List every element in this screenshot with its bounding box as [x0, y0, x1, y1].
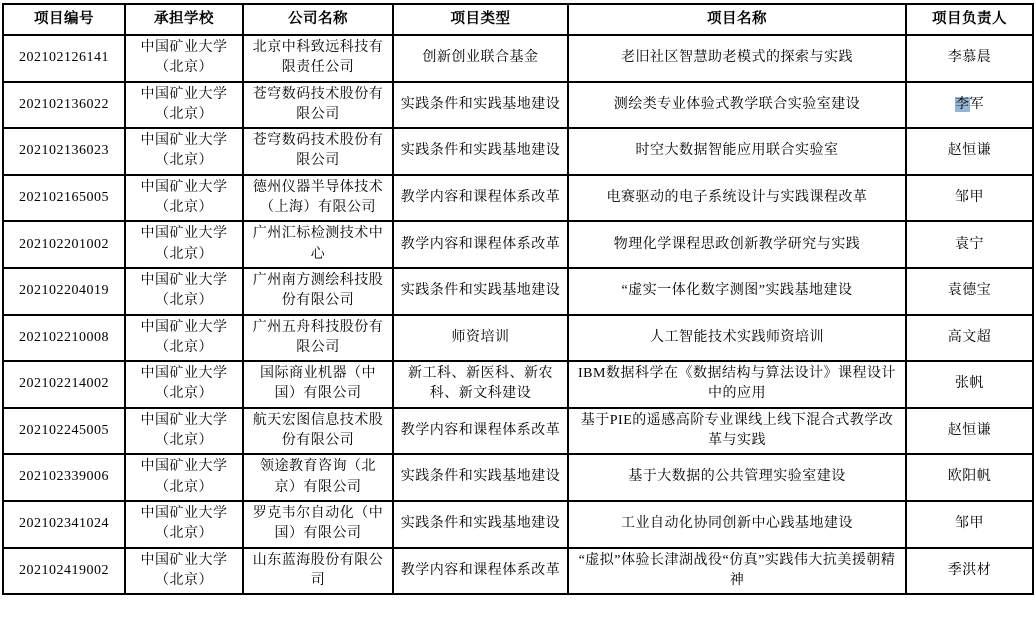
cell-company: 苍穹数码技术股份有限公司: [243, 128, 393, 175]
cell-company: 广州五舟科技股份有限公司: [243, 315, 393, 362]
cell-project-type: 创新创业联合基金: [393, 35, 568, 82]
cell-project-name: 测绘类专业体验式教学联合实验室建设: [568, 82, 906, 129]
cell-project-id: 202102201002: [3, 221, 125, 268]
cell-school: 中国矿业大学（北京）: [125, 315, 243, 362]
cell-project-name: 基于大数据的公共管理实验室建设: [568, 454, 906, 501]
cell-project-leader: 赵恒谦: [906, 408, 1033, 455]
cell-school: 中国矿业大学（北京）: [125, 175, 243, 222]
table-row: 202102126141 中国矿业大学（北京） 北京中科致远科技有限责任公司 创…: [3, 35, 1033, 82]
col-header-school: 承担学校: [125, 4, 243, 35]
cell-project-name: “虚拟”体验长津湖战役“仿真”实践伟大抗美援朝精神: [568, 548, 906, 595]
cell-project-name: “虚实一体化数字测图”实践基地建设: [568, 268, 906, 315]
col-header-project-type: 项目类型: [393, 4, 568, 35]
table-row: 202102136022 中国矿业大学（北京） 苍穹数码技术股份有限公司 实践条…: [3, 82, 1033, 129]
cell-school: 中国矿业大学（北京）: [125, 35, 243, 82]
cell-school: 中国矿业大学（北京）: [125, 268, 243, 315]
cell-project-type: 教学内容和课程体系改革: [393, 408, 568, 455]
cell-project-leader: 邹甲: [906, 501, 1033, 548]
cell-project-leader: 张帆: [906, 361, 1033, 408]
cell-project-type: 教学内容和课程体系改革: [393, 548, 568, 595]
cell-project-name: 物理化学课程思政创新教学研究与实践: [568, 221, 906, 268]
cell-company: 领途教育咨询（北京）有限公司: [243, 454, 393, 501]
cell-company: 苍穹数码技术股份有限公司: [243, 82, 393, 129]
cell-project-leader: 邹甲: [906, 175, 1033, 222]
cell-company: 德州仪器半导体技术（上海）有限公司: [243, 175, 393, 222]
table-row: 202102201002 中国矿业大学（北京） 广州汇标检测技术中心 教学内容和…: [3, 221, 1033, 268]
cell-project-name: 工业自动化协同创新中心践基地建设: [568, 501, 906, 548]
cell-project-name: 老旧社区智慧助老模式的探索与实践: [568, 35, 906, 82]
cell-project-id: 202102204019: [3, 268, 125, 315]
cell-project-id: 202102165005: [3, 175, 125, 222]
cell-project-leader: 李慕晨: [906, 35, 1033, 82]
cell-project-type: 教学内容和课程体系改革: [393, 221, 568, 268]
col-header-company: 公司名称: [243, 4, 393, 35]
cell-project-name: 电赛驱动的电子系统设计与实践课程改革: [568, 175, 906, 222]
cell-company: 罗克韦尔自动化（中国）有限公司: [243, 501, 393, 548]
selection-highlight: 李: [955, 97, 970, 112]
table-row: 202102210008 中国矿业大学（北京） 广州五舟科技股份有限公司 师资培…: [3, 315, 1033, 362]
cell-school: 中国矿业大学（北京）: [125, 361, 243, 408]
cell-project-name: IBM数据科学在《数据结构与算法设计》课程设计中的应用: [568, 361, 906, 408]
col-header-project-leader: 项目负责人: [906, 4, 1033, 35]
cell-company: 山东蓝海股份有限公司: [243, 548, 393, 595]
cell-company: 广州南方测绘科技股份有限公司: [243, 268, 393, 315]
cell-project-id: 202102136023: [3, 128, 125, 175]
table-row: 202102204019 中国矿业大学（北京） 广州南方测绘科技股份有限公司 实…: [3, 268, 1033, 315]
cell-project-name: 基于PIE的遥感高阶专业课线上线下混合式教学改革与实践: [568, 408, 906, 455]
cell-project-id: 202102245005: [3, 408, 125, 455]
cell-company: 航天宏图信息技术股份有限公司: [243, 408, 393, 455]
table-row: 202102214002 中国矿业大学（北京） 国际商业机器（中国）有限公司 新…: [3, 361, 1033, 408]
col-header-project-id: 项目编号: [3, 4, 125, 35]
table-row: 202102245005 中国矿业大学（北京） 航天宏图信息技术股份有限公司 教…: [3, 408, 1033, 455]
table-row: 202102341024 中国矿业大学（北京） 罗克韦尔自动化（中国）有限公司 …: [3, 501, 1033, 548]
cell-school: 中国矿业大学（北京）: [125, 408, 243, 455]
col-header-project-name: 项目名称: [568, 4, 906, 35]
table-row: 202102419002 中国矿业大学（北京） 山东蓝海股份有限公司 教学内容和…: [3, 548, 1033, 595]
cell-school: 中国矿业大学（北京）: [125, 82, 243, 129]
cell-project-id: 202102419002: [3, 548, 125, 595]
table-row: 202102136023 中国矿业大学（北京） 苍穹数码技术股份有限公司 实践条…: [3, 128, 1033, 175]
cell-project-type: 实践条件和实践基地建设: [393, 268, 568, 315]
cell-project-id: 202102126141: [3, 35, 125, 82]
table-row: 202102165005 中国矿业大学（北京） 德州仪器半导体技术（上海）有限公…: [3, 175, 1033, 222]
cell-school: 中国矿业大学（北京）: [125, 128, 243, 175]
cell-project-id: 202102214002: [3, 361, 125, 408]
cell-project-type: 新工科、新医科、新农科、新文科建设: [393, 361, 568, 408]
cell-company: 北京中科致远科技有限责任公司: [243, 35, 393, 82]
cell-project-leader: 季洪材: [906, 548, 1033, 595]
cell-project-leader: 高文超: [906, 315, 1033, 362]
cell-project-leader: 赵恒谦: [906, 128, 1033, 175]
project-table: 项目编号 承担学校 公司名称 项目类型 项目名称 项目负责人 202102126…: [2, 3, 1034, 595]
cell-project-type: 师资培训: [393, 315, 568, 362]
page: 项目编号 承担学校 公司名称 项目类型 项目名称 项目负责人 202102126…: [0, 0, 1036, 618]
cell-project-name: 人工智能技术实践师资培训: [568, 315, 906, 362]
cell-project-type: 教学内容和课程体系改革: [393, 175, 568, 222]
cell-project-leader: 袁宁: [906, 221, 1033, 268]
cell-school: 中国矿业大学（北京）: [125, 501, 243, 548]
cell-project-id: 202102339006: [3, 454, 125, 501]
cell-project-name: 时空大数据智能应用联合实验室: [568, 128, 906, 175]
cell-project-type: 实践条件和实践基地建设: [393, 82, 568, 129]
cell-school: 中国矿业大学（北京）: [125, 454, 243, 501]
cell-project-id: 202102136022: [3, 82, 125, 129]
cell-project-type: 实践条件和实践基地建设: [393, 454, 568, 501]
cell-school: 中国矿业大学（北京）: [125, 221, 243, 268]
cell-project-id: 202102210008: [3, 315, 125, 362]
cell-project-type: 实践条件和实践基地建设: [393, 501, 568, 548]
cell-project-id: 202102341024: [3, 501, 125, 548]
cell-company: 广州汇标检测技术中心: [243, 221, 393, 268]
cell-project-leader: 袁德宝: [906, 268, 1033, 315]
cell-company: 国际商业机器（中国）有限公司: [243, 361, 393, 408]
leader-name-rest: 军: [970, 97, 985, 112]
table-header-row: 项目编号 承担学校 公司名称 项目类型 项目名称 项目负责人: [3, 4, 1033, 35]
cell-school: 中国矿业大学（北京）: [125, 548, 243, 595]
cell-project-leader: 李军: [906, 82, 1033, 129]
table-row: 202102339006 中国矿业大学（北京） 领途教育咨询（北京）有限公司 实…: [3, 454, 1033, 501]
cell-project-leader: 欧阳帆: [906, 454, 1033, 501]
cell-project-type: 实践条件和实践基地建设: [393, 128, 568, 175]
